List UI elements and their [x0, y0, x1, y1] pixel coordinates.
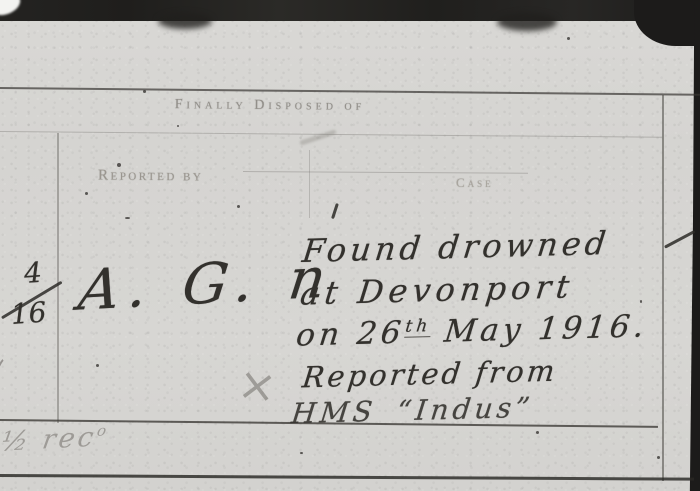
disposal-line-5: HMS “Indus” — [290, 391, 536, 430]
ink-arc-left-edge — [0, 355, 17, 400]
paper-speck — [237, 205, 240, 208]
pencil-received-note: ½ reco — [0, 421, 111, 457]
disposal-line-3: on 26th May 1916. — [294, 308, 649, 353]
scan-dark-edge-right — [687, 0, 700, 491]
disposal-line-2: at Devonport — [298, 267, 576, 312]
rule-top — [0, 87, 700, 96]
paper-speck — [96, 364, 99, 367]
ink-tick — [331, 203, 339, 219]
ship-name-indus: “Indus” — [395, 391, 535, 428]
paper-speck — [640, 300, 642, 303]
paper-speck — [567, 37, 570, 40]
paper-speck — [177, 125, 179, 127]
disposal-line-1: Found drowned — [300, 224, 611, 270]
paper-speck — [300, 452, 303, 454]
pencil-note-text: ½ rec — [0, 422, 99, 458]
ink-tick-right-edge — [664, 230, 695, 249]
pencil-smudge — [299, 129, 337, 145]
scan-dark-corner-top-right — [634, 0, 700, 46]
paper-speck — [85, 192, 88, 195]
rule-bottom — [0, 474, 694, 480]
ink-smudge — [497, 13, 557, 31]
scan-dark-edge-top — [0, 0, 700, 21]
column-line-right — [662, 95, 664, 481]
register-page-scan: Finally Disposed of Reported by Case 4 1… — [0, 0, 700, 491]
pencil-note-superscript: o — [96, 421, 111, 440]
paper-speck — [657, 456, 660, 459]
paper-speck — [117, 163, 121, 167]
column-header-case: Case — [456, 175, 494, 191]
disposal-line-3-post: May 1916. — [429, 308, 650, 350]
date-fraction-denominator: 16 — [10, 296, 48, 331]
paper-speck — [125, 217, 130, 219]
disposal-line-3-pre: on 26 — [294, 315, 406, 354]
disposal-line-4: Reported from — [301, 354, 560, 395]
date-fraction: 4 16 — [1, 256, 79, 347]
paper-speck — [143, 90, 146, 93]
paper-speck — [536, 431, 539, 434]
disposal-line-3-superscript: th — [404, 316, 432, 338]
ship-prefix-hms: HMS — [290, 395, 378, 430]
rule-case-underline — [243, 171, 528, 174]
ink-smudge — [158, 13, 212, 29]
date-fraction-numerator: 4 — [23, 256, 43, 290]
column-header-reported-by: Reported by — [98, 168, 204, 186]
pencil-cross-mark: × — [234, 356, 280, 415]
section-title-finally-disposed-of: Finally Disposed of — [120, 97, 420, 116]
column-line-middle — [309, 150, 310, 218]
